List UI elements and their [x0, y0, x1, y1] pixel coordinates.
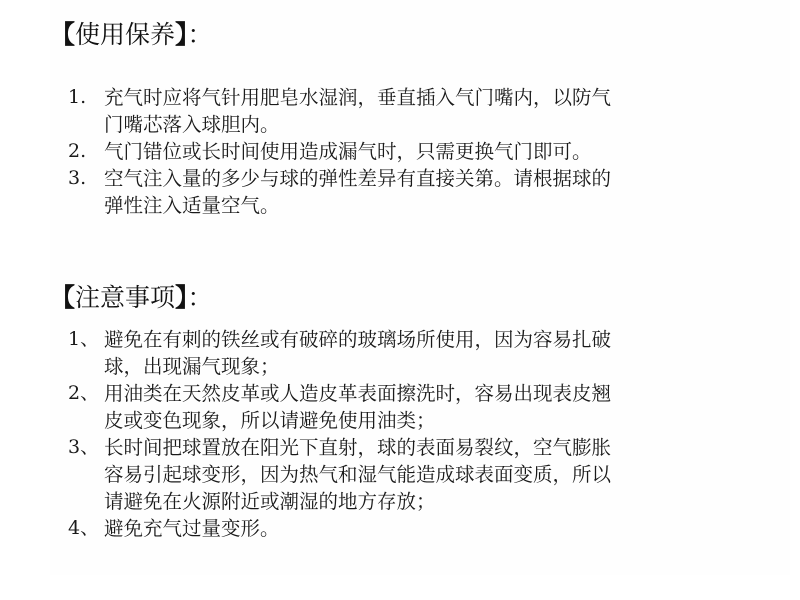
item-text: 避免在有刺的铁丝或有破碎的玻璃场所使用，因为容易扎破 球，出现漏气现象；	[104, 326, 768, 380]
title-colon: ：	[188, 283, 213, 312]
usage-item-1: 1. 充气时应将气针用肥皂水湿润，垂直插入气门嘴内，以防气 门嘴芯落入球胆内。	[68, 84, 768, 138]
item-line: 空气注入量的多少与球的弹性差异有直接关第。请根据球的	[104, 165, 768, 192]
item-number: 1、	[68, 326, 104, 380]
usage-item-3: 3. 空气注入量的多少与球的弹性差异有直接关第。请根据球的 弹性注入适量空气。	[68, 165, 768, 219]
item-number: 1.	[68, 84, 104, 138]
item-line: 避免充气过量变形。	[104, 515, 768, 542]
item-text: 用油类在天然皮革或人造皮革表面擦洗时，容易出现表皮翘 皮或变色现象，所以请避免使…	[104, 380, 768, 434]
item-line: 请避免在火源附近或潮湿的地方存放；	[104, 488, 768, 515]
item-text: 充气时应将气针用肥皂水湿润，垂直插入气门嘴内，以防气 门嘴芯落入球胆内。	[104, 84, 768, 138]
item-number: 2、	[68, 380, 104, 434]
item-line: 球，出现漏气现象；	[104, 353, 768, 380]
item-line: 容易引起球变形，因为热气和湿气能造成球表面变质，所以	[104, 461, 768, 488]
notes-item-2: 2、 用油类在天然皮革或人造皮革表面擦洗时，容易出现表皮翘 皮或变色现象，所以请…	[68, 380, 768, 434]
title-open-bracket: 【	[50, 20, 75, 49]
item-line: 避免在有刺的铁丝或有破碎的玻璃场所使用，因为容易扎破	[104, 326, 768, 353]
notes-item-3: 3、 长时间把球置放在阳光下直射，球的表面易裂纹，空气膨胀 容易引起球变形，因为…	[68, 434, 768, 515]
usage-section-title: 【使用保养】：	[50, 20, 213, 50]
item-line: 气门错位或长时间使用造成漏气时，只需更换气门即可。	[104, 138, 768, 165]
usage-item-2: 2. 气门错位或长时间使用造成漏气时，只需更换气门即可。	[68, 138, 768, 165]
notes-item-1: 1、 避免在有刺的铁丝或有破碎的玻璃场所使用，因为容易扎破 球，出现漏气现象；	[68, 326, 768, 380]
title-open-bracket: 【	[50, 283, 75, 312]
title-close-bracket: 】	[175, 283, 188, 312]
notes-title-text: 注意事项	[75, 283, 175, 312]
item-line: 皮或变色现象，所以请避免使用油类；	[104, 407, 768, 434]
item-line: 用油类在天然皮革或人造皮革表面擦洗时，容易出现表皮翘	[104, 380, 768, 407]
item-line: 弹性注入适量空气。	[104, 192, 768, 219]
item-text: 避免充气过量变形。	[104, 515, 768, 542]
title-colon: ：	[188, 20, 213, 49]
item-number: 3.	[68, 165, 104, 219]
item-text: 长时间把球置放在阳光下直射，球的表面易裂纹，空气膨胀 容易引起球变形，因为热气和…	[104, 434, 768, 515]
item-text: 气门错位或长时间使用造成漏气时，只需更换气门即可。	[104, 138, 768, 165]
usage-list: 1. 充气时应将气针用肥皂水湿润，垂直插入气门嘴内，以防气 门嘴芯落入球胆内。 …	[68, 84, 768, 219]
item-line: 长时间把球置放在阳光下直射，球的表面易裂纹，空气膨胀	[104, 434, 768, 461]
item-number: 3、	[68, 434, 104, 515]
item-text: 空气注入量的多少与球的弹性差异有直接关第。请根据球的 弹性注入适量空气。	[104, 165, 768, 219]
item-number: 2.	[68, 138, 104, 165]
notes-item-4: 4、 避免充气过量变形。	[68, 515, 768, 542]
item-line: 充气时应将气针用肥皂水湿润，垂直插入气门嘴内，以防气	[104, 84, 768, 111]
title-close-bracket: 】	[175, 20, 188, 49]
usage-title-text: 使用保养	[75, 20, 175, 49]
notes-section-title: 【注意事项】：	[50, 283, 213, 313]
item-line: 门嘴芯落入球胆内。	[104, 111, 768, 138]
notes-list: 1、 避免在有刺的铁丝或有破碎的玻璃场所使用，因为容易扎破 球，出现漏气现象； …	[68, 326, 768, 542]
item-number: 4、	[68, 515, 104, 542]
